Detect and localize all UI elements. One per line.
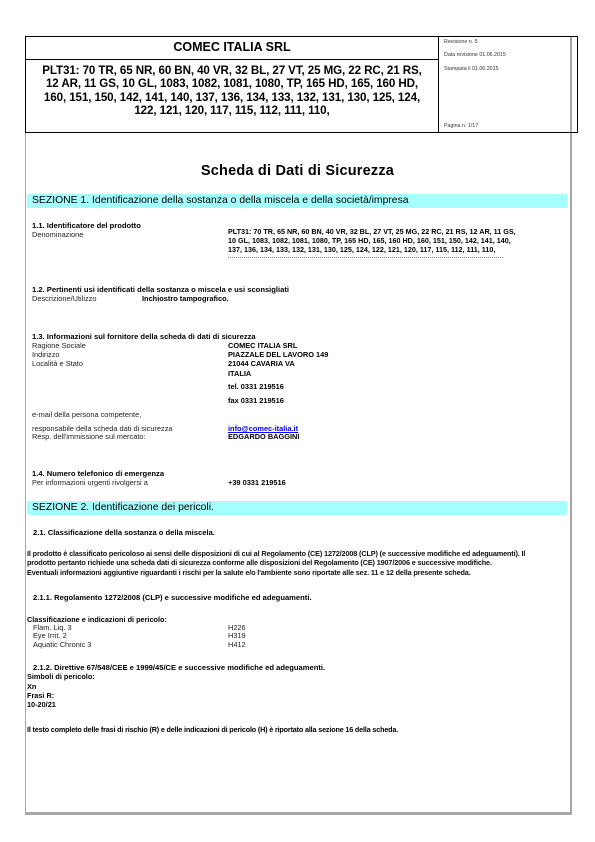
supplier-location-label: Località e Stato xyxy=(32,359,83,368)
header-product-line: 12 AR, 11 GS, 10 GL, 1083, 1082, 1081, 1… xyxy=(26,77,438,90)
section-1-heading: SEZIONE 1. Identificazione della sostanz… xyxy=(27,194,567,208)
emergency-phone: +39 0331 219516 xyxy=(228,478,286,487)
classification-paragraph: Il prodotto è classificato pericoloso ai… xyxy=(27,549,572,577)
supplier-name-value: COMEC ITALIA SRL xyxy=(228,341,297,350)
classification-class: Aquatic Chronic 3 xyxy=(33,641,91,650)
market-responsible-value: EDGARDO BAGGINI xyxy=(228,432,299,441)
header-product-name: PLT31: 70 TR, 65 NR, 60 BN, 40 VR, 32 BL… xyxy=(26,60,438,118)
paragraph-line: prodotto pertanto richiede una scheda da… xyxy=(27,558,572,567)
revision-date: Data revisione 01.06.2015 xyxy=(444,52,506,58)
section-2-heading: SEZIONE 2. Identificazione dei pericoli. xyxy=(27,501,567,515)
subsection-2-1-1-title: 2.1.1. Regolamento 1272/2008 (CLP) e suc… xyxy=(33,593,312,602)
product-value-line: 137, 136, 134, 133, 132, 131, 130, 125, … xyxy=(228,246,568,255)
subsection-1-1-title: 1.1. Identificatore del prodotto xyxy=(32,221,141,230)
supplier-address-label: Indirizzo xyxy=(32,350,60,359)
subsection-1-2-title: 1.2. Pertinenti usi identificati della s… xyxy=(32,285,289,294)
r-phrases-label: Frasi R: xyxy=(27,691,54,700)
product-identifier-value: PLT31: 70 TR, 65 NR, 60 BN, 40 VR, 32 BL… xyxy=(228,228,568,254)
header-product-line: PLT31: 70 TR, 65 NR, 60 BN, 40 VR, 32 BL… xyxy=(26,64,438,77)
supplier-tel: tel. 0331 219516 xyxy=(228,382,284,391)
supplier-location-value: 21044 CAVARIA VA xyxy=(228,359,295,368)
header-company-name: COMEC ITALIA SRL xyxy=(26,37,438,60)
supplier-fax: fax 0331 219516 xyxy=(228,396,284,405)
document-title: Scheda di Dati di Sicurezza xyxy=(0,163,595,179)
classification-code: H412 xyxy=(228,641,246,650)
supplier-address-value: PIAZZALE DEL LAVORO 149 xyxy=(228,350,328,359)
fine-print-line xyxy=(228,257,503,259)
paragraph-line: Il prodotto è classificato pericoloso ai… xyxy=(27,549,572,558)
header-product-line: 160, 151, 150, 142, 141, 140, 137, 136, … xyxy=(26,91,438,104)
full-text-note: Il testo completo delle frasi di rischio… xyxy=(27,725,398,734)
hazard-symbols-value: Xn xyxy=(27,682,36,691)
product-identifier-label: Denominazione xyxy=(32,230,83,239)
subsection-1-3-title: 1.3. Informazioni sul fornitore della sc… xyxy=(32,332,256,341)
header-product-line: 122, 121, 120, 117, 115, 112, 111, 110, xyxy=(26,104,438,117)
supplier-name-label: Ragione Sociale xyxy=(32,341,86,350)
header-right-cell: Revisione n. 5 Data revisione 01.06.2015… xyxy=(442,37,576,132)
document-header: COMEC ITALIA SRL PLT31: 70 TR, 65 NR, 60… xyxy=(25,36,578,133)
email-label-line-1: e-mail della persona competente, xyxy=(32,410,141,419)
use-description-label: Descrizione/Utilizzo xyxy=(32,294,96,303)
header-left-cell: COMEC ITALIA SRL PLT31: 70 TR, 65 NR, 60… xyxy=(26,37,439,132)
supplier-country: ITALIA xyxy=(228,369,251,378)
emergency-label: Per informazioni urgenti rivolgersi a xyxy=(32,478,148,487)
hazard-symbols-label: Simboli di pericolo: xyxy=(27,672,95,681)
subsection-2-1-2-title: 2.1.2. Direttive 67/548/CEE e 1999/45/CE… xyxy=(33,663,325,672)
paragraph-line: Eventuali informazioni aggiuntive riguar… xyxy=(27,568,572,577)
use-description-value: Inchiostro tampografico. xyxy=(142,294,229,303)
subsection-2-1-title: 2.1. Classificazione della sostanza o de… xyxy=(33,528,215,537)
market-responsible-label: Resp. dell'immissione sul mercato: xyxy=(32,432,146,441)
print-date: Stampata il 01.06.2015 xyxy=(444,66,498,72)
revision-number: Revisione n. 5 xyxy=(444,39,478,45)
r-phrases-value: 10-20/21 xyxy=(27,700,56,709)
page-number: Pagina n. 1/17 xyxy=(444,123,478,129)
subsection-1-4-title: 1.4. Numero telefonico di emergenza xyxy=(32,469,164,478)
